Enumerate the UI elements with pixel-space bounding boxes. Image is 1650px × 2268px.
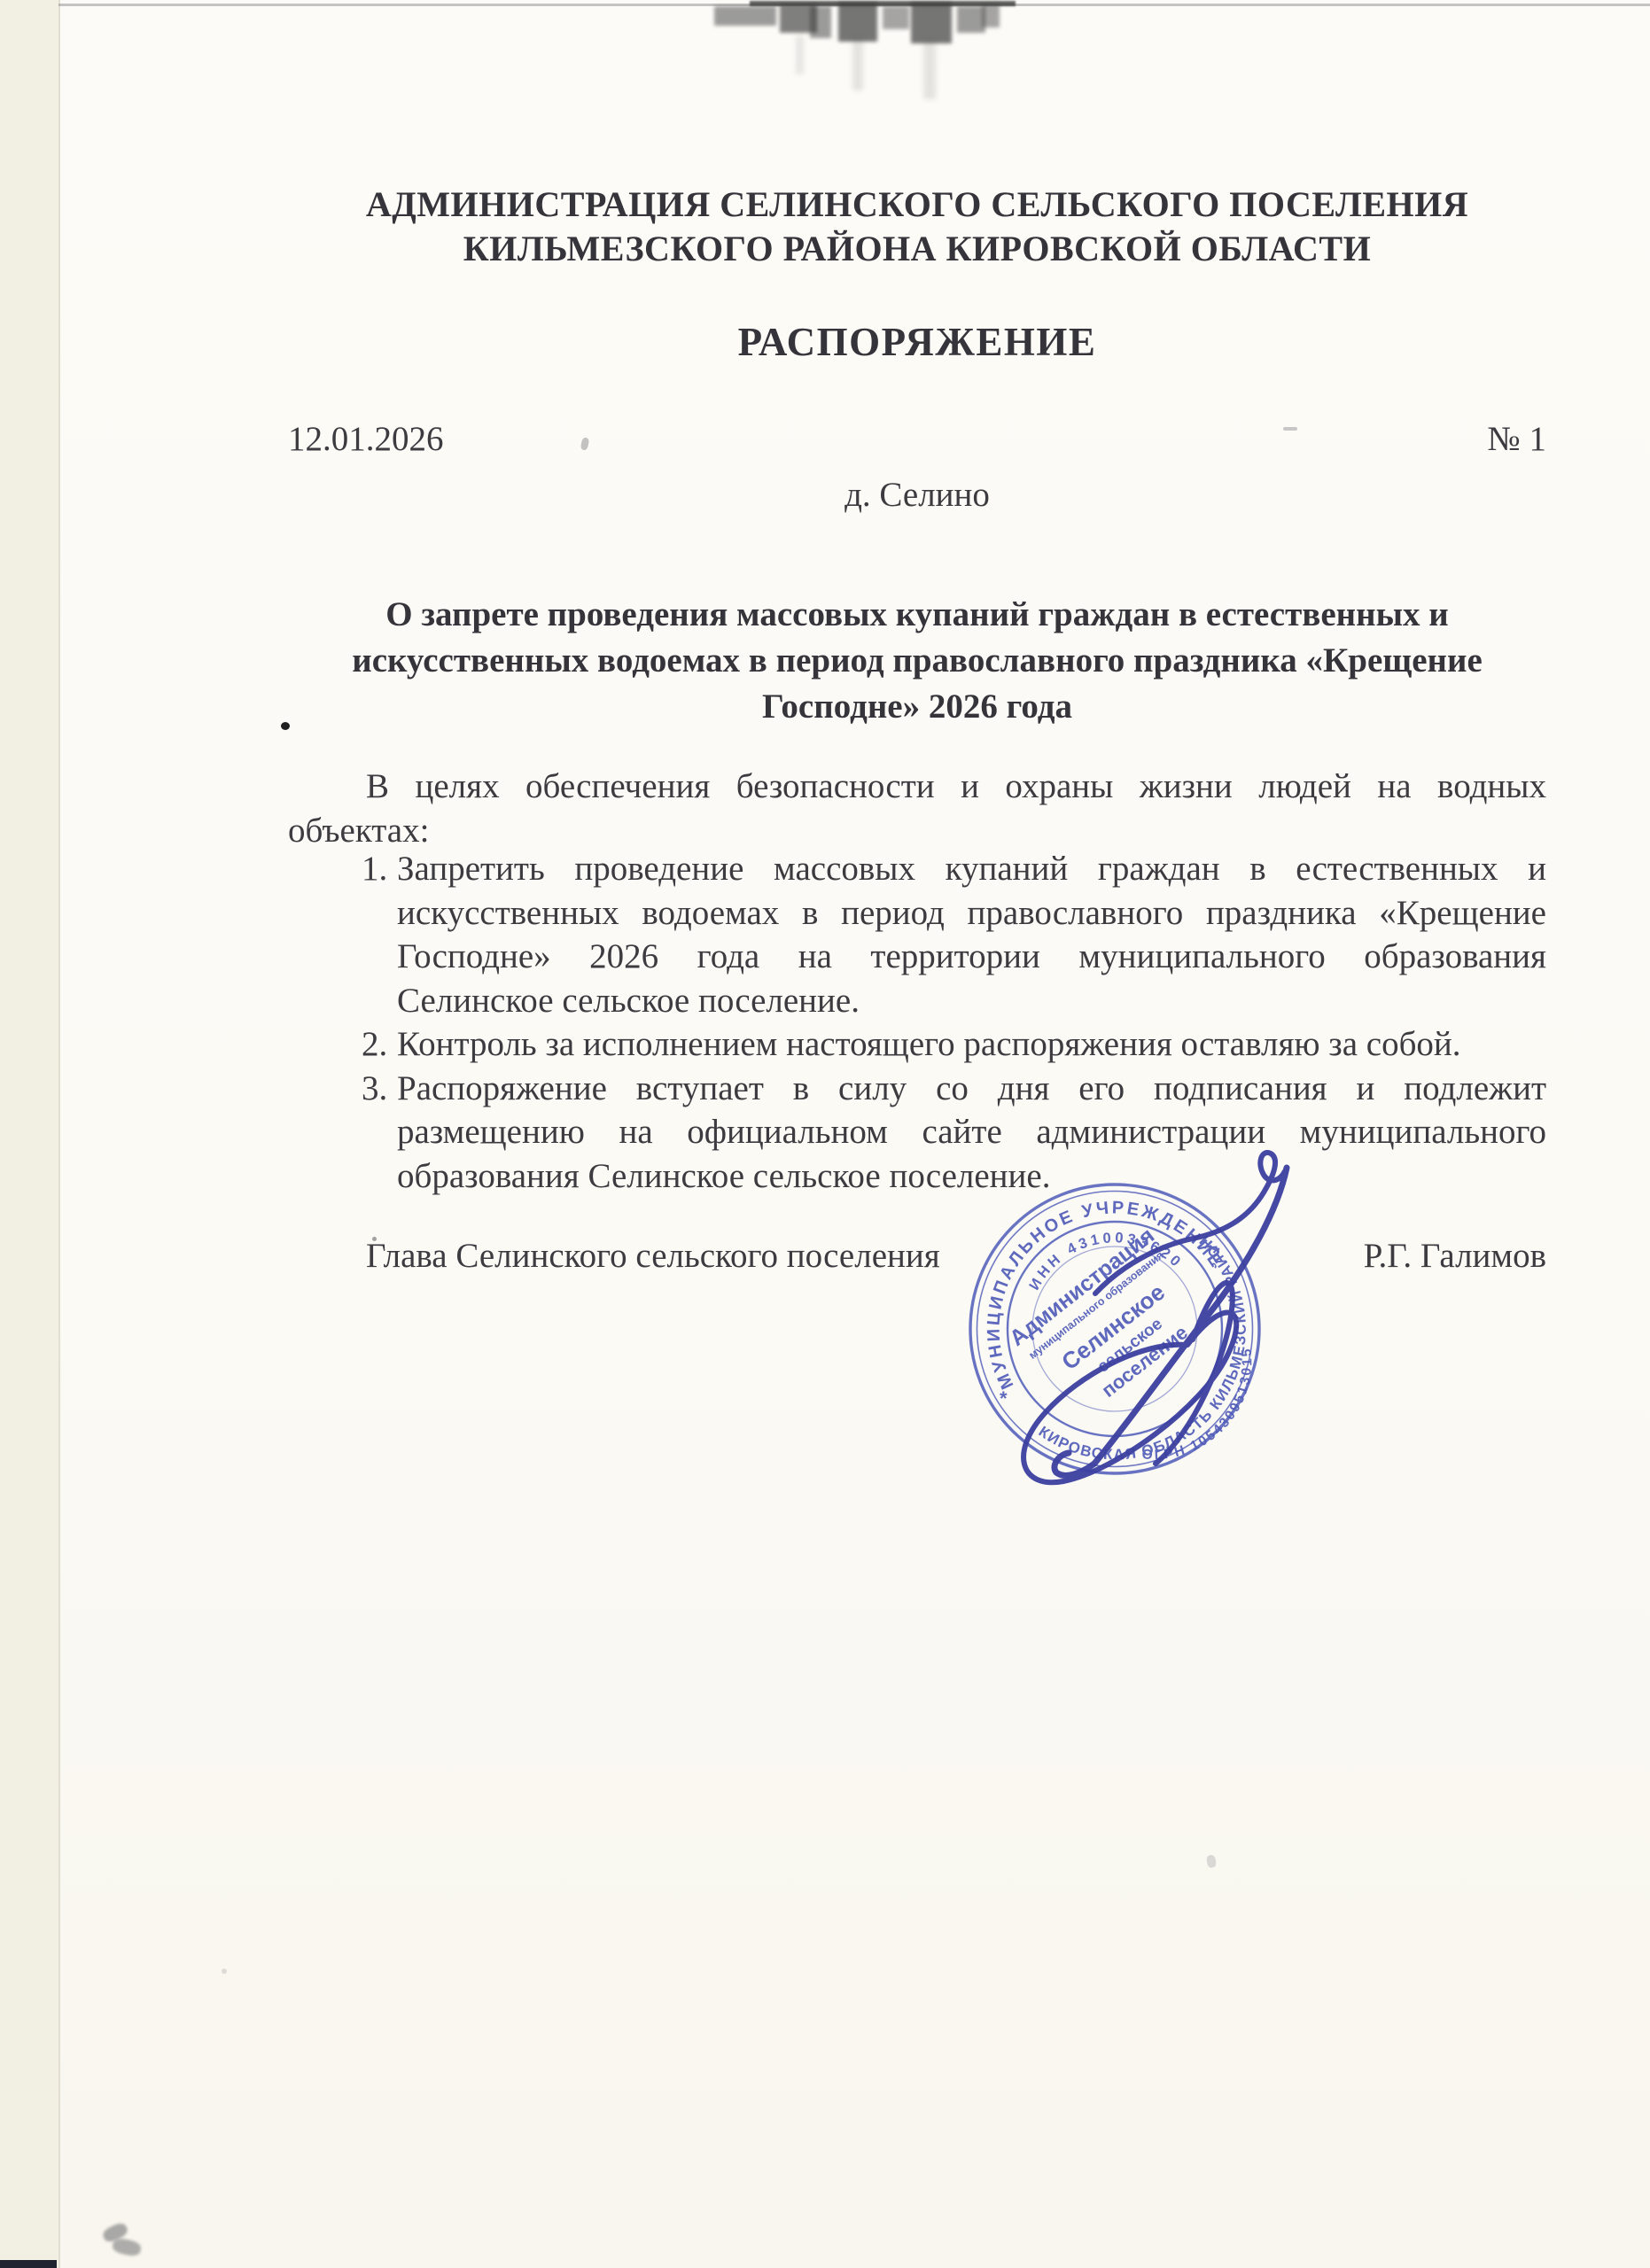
scan-artifact <box>957 6 985 33</box>
intro-line: объектах: <box>288 809 1546 853</box>
list-item-line: Контроль за исполнением настоящего распо… <box>397 1022 1546 1067</box>
scan-artifact <box>714 6 776 26</box>
list-item-number: 1. <box>362 847 387 891</box>
list-item-1: 1. Запретить проведение массовых купаний… <box>288 847 1546 1022</box>
document-header: АДМИНИСТРАЦИЯ СЕЛИНСКОГО СЕЛЬСКОГО ПОСЕЛ… <box>288 183 1546 271</box>
signature-row: Глава Селинского сельского поселения Р.Г… <box>288 1234 1546 1278</box>
title-line: искусственных водоемах в период правосла… <box>288 638 1546 684</box>
list-item-line: Запретить проведение массовых купаний гр… <box>397 847 1546 891</box>
handwritten-signature <box>922 1134 1338 1559</box>
scan-artifact <box>982 4 1000 27</box>
list-item-3: 3. Распоряжение вступает в силу со дня е… <box>288 1067 1546 1199</box>
signatory-name: Р.Г. Галимов <box>1364 1234 1546 1278</box>
scan-artifact <box>101 2221 129 2244</box>
signature-stroke <box>1095 1153 1285 1293</box>
document-date: 12.01.2026 <box>288 422 444 457</box>
list-item-number: 3. <box>362 1067 387 1111</box>
title-line: Господне» 2026 года <box>288 684 1546 730</box>
list-item-2: 2. Контроль за исполнением настоящего ра… <box>288 1022 1546 1067</box>
document-title: О запрете проведения массовых купаний гр… <box>288 592 1546 730</box>
ink-speck <box>1206 1854 1217 1868</box>
scan-paper-edge <box>0 0 60 2268</box>
org-name-line-2: КИЛЬМЕЗСКОГО РАЙОНА КИРОВСКОЙ ОБЛАСТИ <box>288 227 1546 271</box>
list-item-number: 2. <box>362 1022 387 1067</box>
intro-line: В целях обеспечения безопасности и охран… <box>288 765 1546 809</box>
signatory-position: Глава Селинского сельского поселения <box>288 1234 940 1278</box>
scan-artifact <box>58 4 1650 6</box>
list-item-line: Распоряжение вступает в силу со дня его … <box>397 1067 1546 1111</box>
scan-artifact <box>923 39 936 99</box>
scan-artifact <box>911 3 952 43</box>
scan-artifact <box>112 2237 143 2257</box>
scan-artifact <box>780 4 817 33</box>
document-type-heading: РАСПОРЯЖЕНИЕ <box>288 319 1546 365</box>
ordered-list: 1. Запретить проведение массовых купаний… <box>288 847 1546 1198</box>
document-place: д. Селино <box>288 475 1546 515</box>
scan-artifact <box>883 6 909 29</box>
scan-artifact <box>852 37 863 90</box>
org-name-line-1: АДМИНИСТРАЦИЯ СЕЛИНСКОГО СЕЛЬСКОГО ПОСЕЛ… <box>288 183 1546 227</box>
signature-stroke <box>1055 1168 1287 1475</box>
scan-artifact <box>796 35 804 74</box>
scan-artifact <box>750 1 1016 6</box>
ink-speck <box>222 1969 227 1974</box>
intro-paragraph: В целях обеспечения безопасности и охран… <box>288 765 1546 852</box>
scan-artifact <box>810 6 831 38</box>
document-number: № 1 <box>1488 422 1546 457</box>
list-item-line: Селинское сельское поселение. <box>397 979 1546 1023</box>
list-item-line: искусственных водоемах в период правосла… <box>397 891 1546 936</box>
list-item-line: Господне» 2026 года на территории муници… <box>397 935 1546 979</box>
scan-artifact <box>838 3 877 42</box>
date-number-row: 12.01.2026 № 1 <box>288 422 1546 457</box>
title-line: О запрете проведения массовых купаний гр… <box>288 592 1546 638</box>
scanned-document-page: АДМИНИСТРАЦИЯ СЕЛИНСКОГО СЕЛЬСКОГО ПОСЕЛ… <box>0 0 1650 2268</box>
